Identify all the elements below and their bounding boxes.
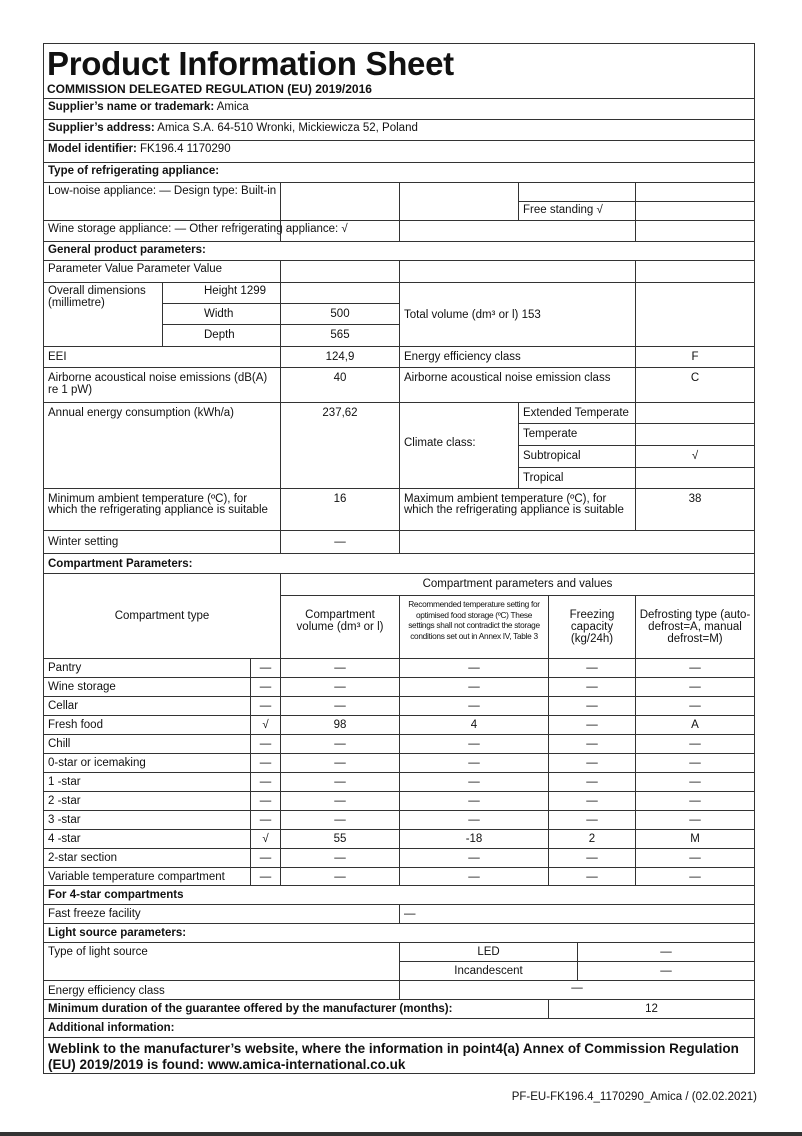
compartment-freezing-cell: — <box>548 772 636 792</box>
min-temp-label: Minimum ambient temperature (ºC), for wh… <box>43 488 281 531</box>
climate-class-value <box>635 423 755 446</box>
regulation-subtitle: COMMISSION DELEGATED REGULATION (EU) 201… <box>47 82 372 96</box>
noise-value: 40 <box>280 367 400 403</box>
climate-class-name: Temperate <box>518 423 636 446</box>
compartment-type-cell: Wine storage <box>43 677 251 697</box>
height-cell: Height 1299 <box>162 282 281 304</box>
compartment-type-cell: Fresh food <box>43 715 251 735</box>
climate-class-value: √ <box>635 445 755 468</box>
depth-value: 565 <box>280 324 400 347</box>
eei-label: EEI <box>43 346 281 368</box>
compartment-freezing-cell: 2 <box>548 829 636 849</box>
compartment-temp-cell: — <box>399 772 549 792</box>
light-efficiency-label: Energy efficiency class <box>43 980 400 1000</box>
height-value-cell <box>280 282 400 304</box>
compartment-temp-cell: — <box>399 867 549 887</box>
param-header: Parameter Value Parameter Value <box>43 260 281 283</box>
compartment-type-cell: Variable temperature compartment <box>43 867 251 887</box>
col-freezing-capacity: Freezing capacity (kg/24h) <box>548 595 636 659</box>
climate-class-value <box>635 402 755 424</box>
param-header-cell <box>280 260 400 283</box>
divider <box>280 220 281 242</box>
compartment-volume-cell: — <box>280 867 400 887</box>
energy-class-value: F <box>635 346 755 368</box>
eei-value: 124,9 <box>280 346 400 368</box>
compartment-present-cell: — <box>250 867 281 887</box>
compartment-temp-cell: 4 <box>399 715 549 735</box>
compartment-volume-cell: — <box>280 791 400 811</box>
compartment-present-cell: — <box>250 791 281 811</box>
compartment-temp-cell: — <box>399 658 549 678</box>
appliance-type-cell-e1 <box>635 182 755 202</box>
compartment-present-cell: — <box>250 734 281 754</box>
compartment-defrost-cell: — <box>635 696 755 716</box>
compartment-volume-cell: — <box>280 753 400 773</box>
compartment-type-cell: 4 -star <box>43 829 251 849</box>
compartment-volume-cell: — <box>280 677 400 697</box>
compartment-temp-cell: -18 <box>399 829 549 849</box>
climate-class-value <box>635 467 755 489</box>
compartment-defrost-cell: — <box>635 677 755 697</box>
compartment-present-cell: — <box>250 848 281 868</box>
compartment-freezing-cell: — <box>548 753 636 773</box>
total-volume-value-cell <box>635 282 755 347</box>
compartment-present-cell: — <box>250 696 281 716</box>
compartment-params-heading: Compartment Parameters: <box>43 553 755 574</box>
compartment-freezing-cell: — <box>548 696 636 716</box>
winter-setting-empty <box>399 530 755 554</box>
model-identifier-label: Model identifier: <box>48 143 137 155</box>
page-title: Product Information Sheet <box>47 44 454 84</box>
compartment-type-cell: 2 -star <box>43 791 251 811</box>
compartment-temp-cell: — <box>399 810 549 830</box>
noise-class-value: C <box>635 367 755 403</box>
min-temp-value: 16 <box>280 488 400 531</box>
noise-class-label: Airborne acoustical noise emission class <box>399 367 636 403</box>
climate-class-label: Climate class: <box>399 402 519 489</box>
appliance-type-cell-d1 <box>518 182 636 202</box>
compartment-type-cell: Cellar <box>43 696 251 716</box>
appliance-type-cell-c <box>399 182 519 221</box>
width-value: 500 <box>280 303 400 325</box>
appliance-type-heading: Type of refrigerating appliance: <box>43 162 755 183</box>
compartment-defrost-cell: — <box>635 810 755 830</box>
light-incandescent-value: — <box>577 961 755 981</box>
appliance-type-cell-g <box>635 220 755 242</box>
bottom-border <box>0 1132 802 1136</box>
compartment-temp-cell: — <box>399 696 549 716</box>
compartment-type-cell: Pantry <box>43 658 251 678</box>
compartment-present-cell: √ <box>250 715 281 735</box>
winter-setting-label: Winter setting <box>43 530 281 554</box>
supplier-address-row: Supplier’s address: Amica S.A. 64-510 Wr… <box>43 119 755 141</box>
compartment-present-cell: — <box>250 810 281 830</box>
compartment-defrost-cell: — <box>635 753 755 773</box>
compartment-defrost-cell: — <box>635 772 755 792</box>
compartment-volume-cell: — <box>280 848 400 868</box>
compartment-defrost-cell: A <box>635 715 755 735</box>
total-volume: Total volume (dm³ or l) 153 <box>399 282 636 347</box>
noise-label: Airborne acoustical noise emissions (dB(… <box>43 367 281 403</box>
free-standing-cell: Free standing √ <box>518 201 636 221</box>
col-defrosting-type: Defrosting type (auto-defrost=A, manual … <box>635 595 755 659</box>
compartment-defrost-cell: — <box>635 734 755 754</box>
supplier-name-label: Supplier’s name or trademark: <box>48 101 214 113</box>
supplier-name-value: Amica <box>217 101 249 113</box>
col-recommended-temp: Recommended temperature setting for opti… <box>399 595 549 659</box>
compartment-type-cell: 2-star section <box>43 848 251 868</box>
compartment-type-cell: Chill <box>43 734 251 754</box>
light-led-label: LED <box>399 942 578 962</box>
fast-freeze-value: — <box>399 904 755 924</box>
compartment-temp-cell: — <box>399 734 549 754</box>
compartment-present-cell: √ <box>250 829 281 849</box>
max-temp-label: Maximum ambient temperature (ºC), for wh… <box>399 488 636 531</box>
model-identifier-value: FK196.4 1170290 <box>140 143 231 155</box>
compartment-defrost-cell: M <box>635 829 755 849</box>
compartment-type-cell: 0-star or icemaking <box>43 753 251 773</box>
compartment-volume-cell: — <box>280 658 400 678</box>
compartment-temp-cell: — <box>399 791 549 811</box>
col-compartment-type: Compartment type <box>43 573 281 659</box>
light-type-label: Type of light source <box>43 942 400 981</box>
compartment-freezing-cell: — <box>548 658 636 678</box>
compartment-present-cell: — <box>250 658 281 678</box>
compartment-volume-cell: — <box>280 696 400 716</box>
max-temp-value: 38 <box>635 488 755 531</box>
appliance-type-cell-b <box>280 182 400 221</box>
appliance-type-cell-e2 <box>635 201 755 221</box>
dimensions-label: Overall dimensions (millimetre) <box>43 282 163 347</box>
climate-class-name: Tropical <box>518 467 636 489</box>
compartment-present-cell: — <box>250 677 281 697</box>
compartment-type-cell: 1 -star <box>43 772 251 792</box>
compartment-type-cell: 3 -star <box>43 810 251 830</box>
light-incandescent-label: Incandescent <box>399 961 578 981</box>
light-source-heading: Light source parameters: <box>43 923 755 943</box>
compartment-defrost-cell: — <box>635 658 755 678</box>
compartment-volume-cell: — <box>280 734 400 754</box>
light-efficiency-value: — <box>399 980 755 1000</box>
compartment-volume-cell: 98 <box>280 715 400 735</box>
compartment-freezing-cell: — <box>548 677 636 697</box>
compartment-freezing-cell: — <box>548 715 636 735</box>
additional-info-heading: Additional information: <box>43 1018 755 1038</box>
compartment-temp-cell: — <box>399 848 549 868</box>
compartment-defrost-cell: — <box>635 791 755 811</box>
supplier-address-label: Supplier’s address: <box>48 122 155 134</box>
four-star-heading: For 4-star compartments <box>43 885 755 905</box>
depth-label: Depth <box>162 324 281 347</box>
appliance-type-cell-f <box>399 220 636 242</box>
compartment-volume-cell: 55 <box>280 829 400 849</box>
compartment-freezing-cell: — <box>548 867 636 887</box>
fast-freeze-label: Fast freeze facility <box>43 904 400 924</box>
annual-energy-value: 237,62 <box>280 402 400 489</box>
winter-setting-value: — <box>280 530 400 554</box>
supplier-address-value: Amica S.A. 64-510 Wronki, Mickiewicza 52… <box>157 122 418 134</box>
guarantee-label: Minimum duration of the guarantee offere… <box>43 999 549 1019</box>
compartment-temp-cell: — <box>399 677 549 697</box>
compartment-group-header: Compartment parameters and values <box>280 573 755 596</box>
compartment-freezing-cell: — <box>548 734 636 754</box>
climate-class-name: Extended Temperate <box>518 402 636 424</box>
appliance-type-row2: Wine storage appliance: — Other refriger… <box>43 220 400 242</box>
param-header-cell <box>399 260 636 283</box>
compartment-defrost-cell: — <box>635 848 755 868</box>
col-compartment-volume: Compartment volume (dm³ or l) <box>280 595 400 659</box>
energy-class-label: Energy efficiency class <box>399 346 636 368</box>
compartment-temp-cell: — <box>399 753 549 773</box>
width-label: Width <box>162 303 281 325</box>
general-params-heading: General product parameters: <box>43 241 755 261</box>
climate-class-name: Subtropical <box>518 445 636 468</box>
weblink-text: Weblink to the manufacturer’s website, w… <box>43 1037 755 1074</box>
model-identifier-row: Model identifier: FK196.4 1170290 <box>43 140 755 163</box>
compartment-freezing-cell: — <box>548 848 636 868</box>
document-reference: PF-EU-FK196.4_1170290_Amica / (02.02.202… <box>512 1091 757 1103</box>
supplier-name-row: Supplier’s name or trademark: Amica <box>43 98 755 120</box>
annual-energy-label: Annual energy consumption (kWh/a) <box>43 402 281 489</box>
compartment-volume-cell: — <box>280 772 400 792</box>
compartment-freezing-cell: — <box>548 810 636 830</box>
compartment-present-cell: — <box>250 772 281 792</box>
compartment-defrost-cell: — <box>635 867 755 887</box>
guarantee-value: 12 <box>548 999 755 1019</box>
compartment-freezing-cell: — <box>548 791 636 811</box>
param-header-cell <box>635 260 755 283</box>
compartment-present-cell: — <box>250 753 281 773</box>
light-led-value: — <box>577 942 755 962</box>
compartment-volume-cell: — <box>280 810 400 830</box>
